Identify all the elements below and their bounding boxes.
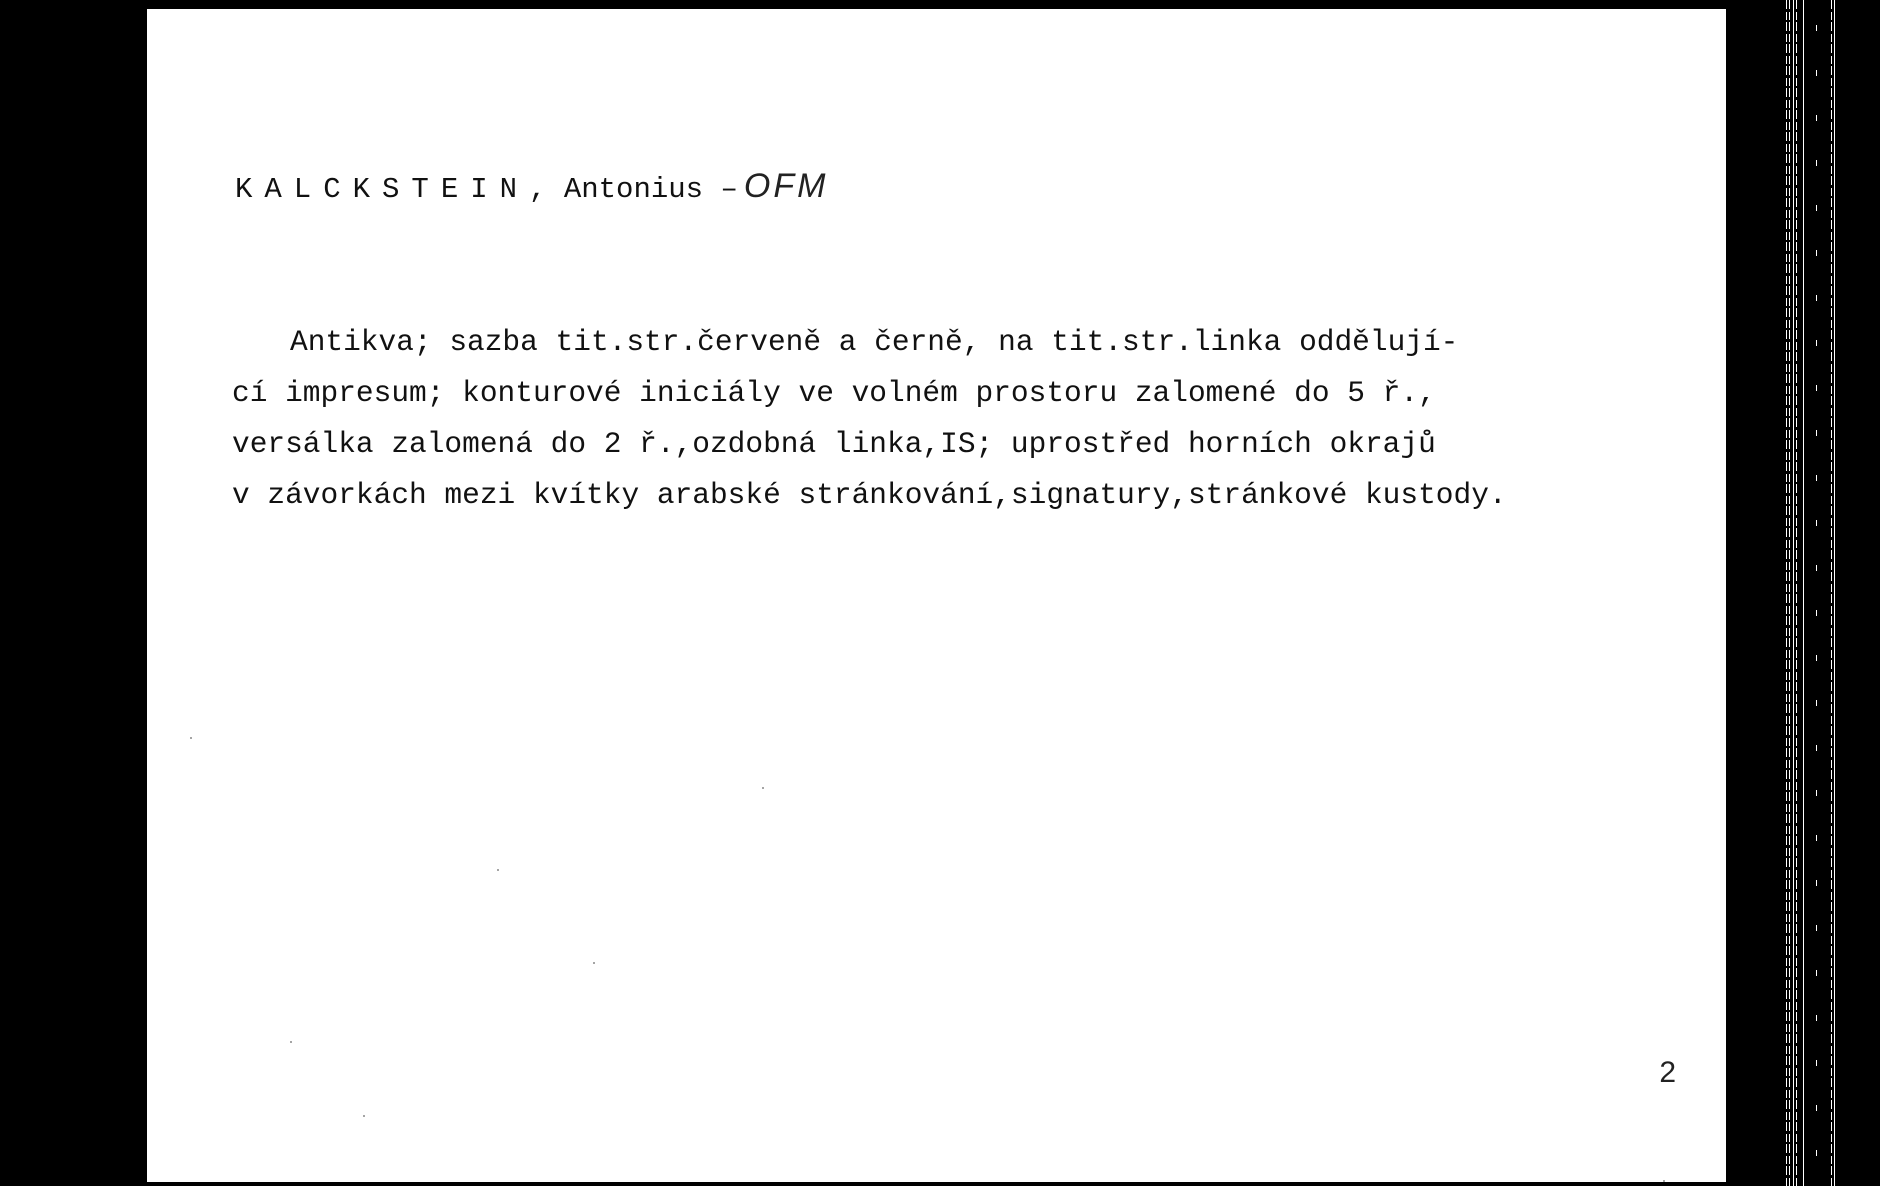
film-line bbox=[1796, 0, 1797, 1186]
film-line bbox=[1816, 0, 1817, 1186]
scan-speck bbox=[497, 869, 499, 871]
heading-dash: – bbox=[720, 173, 737, 206]
scan-speck bbox=[762, 787, 764, 789]
microfilm-scan: KALCKSTEIN, Antonius –OFM Antikva; sazba… bbox=[0, 0, 1880, 1186]
card-heading: KALCKSTEIN, Antonius –OFM bbox=[235, 167, 828, 206]
scan-speck bbox=[593, 962, 595, 964]
description-line: cí impresum; konturové iniciály ve volné… bbox=[232, 368, 1682, 419]
author-surname: KALCKSTEIN bbox=[235, 173, 529, 206]
card-description: Antikva; sazba tit.str.červeně a černě, … bbox=[232, 317, 1682, 521]
film-line bbox=[1834, 0, 1835, 1186]
page-number: 2 bbox=[1659, 1056, 1676, 1090]
handwritten-order-annotation: OFM bbox=[744, 167, 829, 205]
film-edge-markings bbox=[1786, 0, 1846, 1186]
scan-speck bbox=[1663, 1180, 1665, 1182]
author-given-name: Antonius bbox=[564, 173, 703, 206]
film-line bbox=[1803, 0, 1804, 1186]
description-line: versálka zalomená do 2 ř.,ozdobná linka,… bbox=[232, 419, 1682, 470]
heading-separator: , bbox=[529, 173, 546, 206]
film-line bbox=[1831, 0, 1832, 1186]
description-line: v závorkách mezi kvítky arabské stránkov… bbox=[232, 470, 1682, 521]
description-line: Antikva; sazba tit.str.červeně a černě, … bbox=[232, 317, 1682, 368]
film-line bbox=[1786, 0, 1787, 1186]
catalog-card: KALCKSTEIN, Antonius –OFM Antikva; sazba… bbox=[147, 9, 1726, 1182]
scan-speck bbox=[363, 1115, 365, 1117]
scan-speck bbox=[190, 737, 192, 739]
film-line bbox=[1793, 0, 1794, 1186]
scan-speck bbox=[290, 1041, 292, 1043]
film-line bbox=[1789, 0, 1790, 1186]
